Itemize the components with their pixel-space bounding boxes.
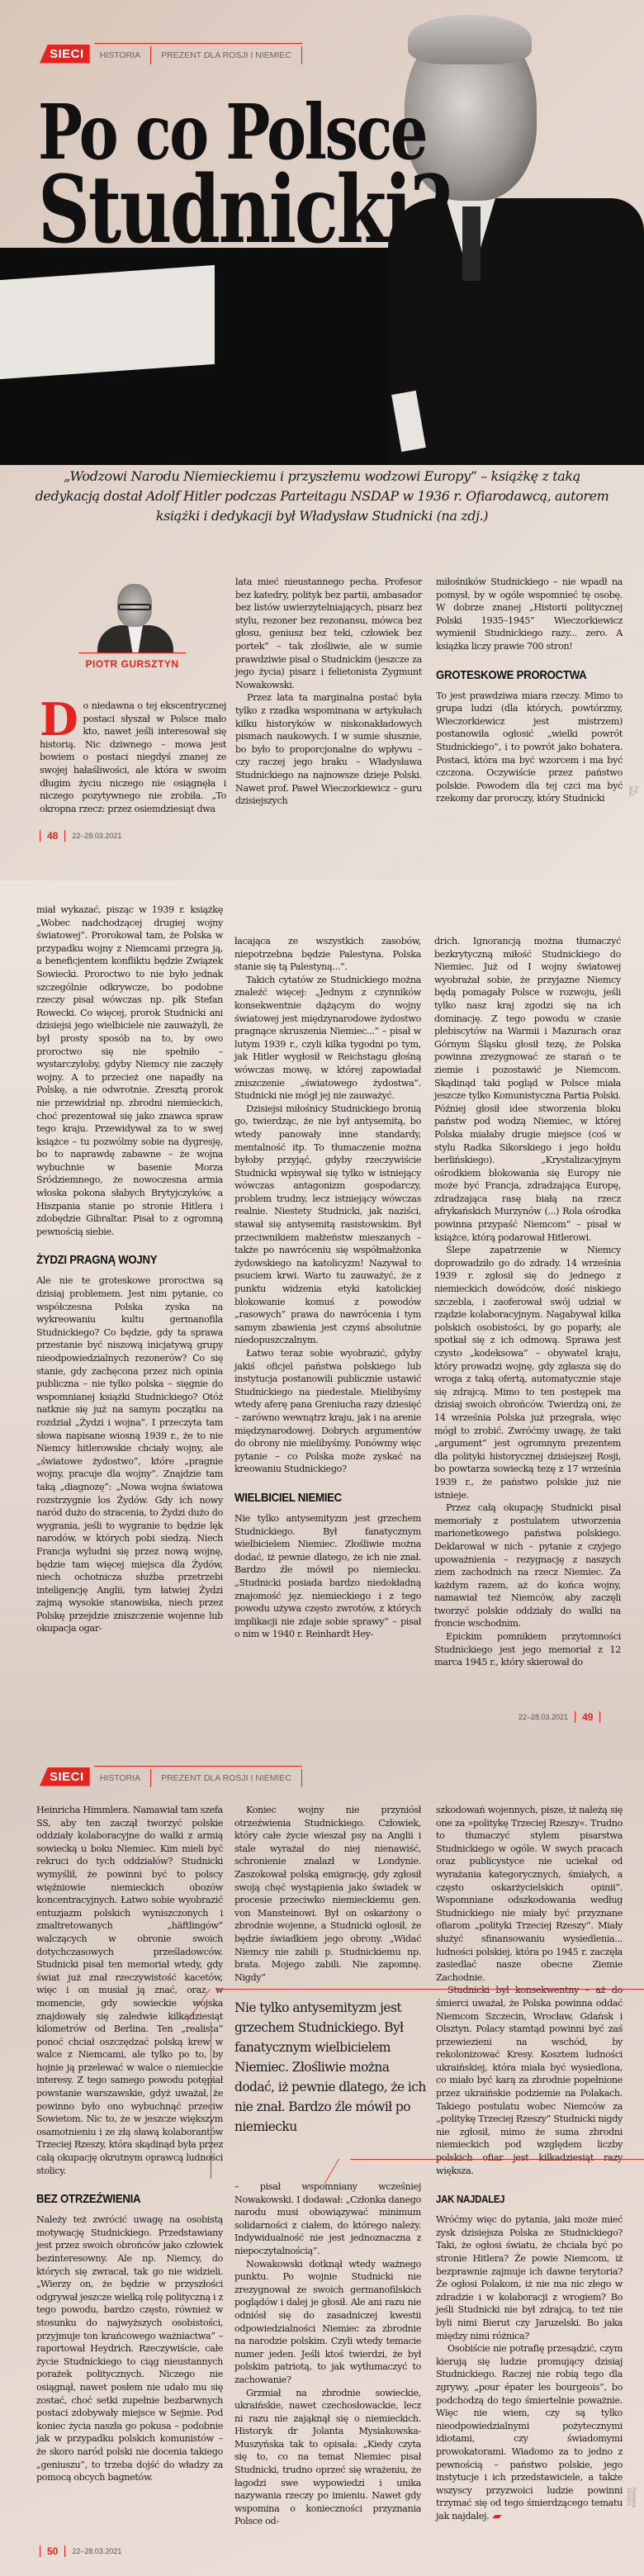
pull-quote-left-rule: [211, 2022, 211, 2179]
folio-bar: [575, 1711, 575, 1723]
page-folio: 48 22–28.03.2021: [40, 830, 121, 842]
breadcrumb-subsection: PREZENT DLA ROSJI I NIEMIEC: [151, 46, 302, 64]
folio-bar: [64, 830, 65, 842]
paragraph: – pisał wspomniany wcześniej Nowakowski.…: [234, 2180, 421, 2258]
paragraph: Przez lata ta marginalna postać była tyl…: [235, 691, 422, 807]
paragraph: Koniec wojny nie przyniósł otrzeźwienia …: [234, 1804, 421, 1984]
paragraph: miał wykazać, pisząc w 1939 r. książkę „…: [36, 904, 223, 1238]
paragraph: To jest prawdziwa miara rzeczy. Mimo to …: [436, 690, 623, 805]
drop-cap: D: [40, 701, 78, 738]
paragraph: Nie tylko antysemityzm jest grzechem Stu…: [234, 1512, 421, 1641]
photo-credit: Fot. NAC: [627, 786, 637, 797]
article-title: Po co Polsce Studnicki?: [38, 97, 450, 253]
p48-column-1: D o niedawna o tej ekscentrycznej postac…: [40, 700, 226, 815]
p49-column-1: miał wykazać, pisząc w 1939 r. książkę „…: [36, 904, 223, 1635]
author-name: PIOTR GURSZTYN: [78, 658, 186, 670]
page-50: SIECI HISTORIA PREZENT DLA ROSJI I NIEMI…: [0, 1761, 644, 2576]
author-rule: [78, 652, 186, 653]
pull-quote: Nie tylko antysemityzm jest grzechem Stu…: [234, 1998, 429, 2137]
paragraph: Dzisiejsi miłośnicy Studnickiego bronią …: [234, 1103, 421, 1347]
brand-logo: SIECI: [40, 45, 90, 64]
pull-quote-bottom-rule: [350, 2159, 644, 2160]
subheading: JAK NAJDALEJ: [436, 2192, 600, 2207]
folio-bar: [40, 830, 40, 842]
breadcrumb-section: HISTORIA: [90, 1769, 151, 1787]
section-header: SIECI HISTORIA PREZENT DLA ROSJI I NIEMI…: [40, 43, 302, 64]
paragraph: Grzmiał na zbrodnie sowieckie, ukraiński…: [234, 2387, 421, 2529]
paragraph: drich. Ignorancją można tłumaczyć bezkry…: [434, 935, 621, 1244]
page-number: 48: [47, 830, 58, 842]
paragraph: Należy też zwrócić uwagę na osobistą mot…: [36, 2213, 223, 2483]
paragraph: miłośników Studnickiego – nie wpadł na p…: [436, 576, 623, 653]
page-folio: 22–28.03.2021 49: [519, 1711, 600, 1723]
photo-portrait-hair: [408, 15, 532, 64]
page-49: miał wykazać, pisząc w 1939 r. książkę „…: [0, 880, 644, 1761]
paragraph: Przez całą okupację Studnicki pisał memo…: [434, 1501, 621, 1630]
p50-column-3: szkodowań wojennych, pisze, iż należą si…: [436, 1804, 623, 2522]
paragraph: Wróćmy więc do pytania, jaki może mieć z…: [436, 2213, 623, 2342]
paragraph: Ale nie te groteskowe proroctwa są dzisi…: [36, 1274, 223, 1635]
end-mark-icon: [493, 2515, 502, 2518]
glasses-icon: [118, 604, 151, 610]
p49-column-2: łacająca ze wszystkich zasobów, niepotrz…: [234, 935, 421, 1641]
photo-paper-detail: [0, 265, 215, 379]
paragraph-text: Osobiście nie potrafię przesądzić, czym …: [436, 2343, 623, 2521]
paragraph: łacająca ze wszystkich zasobów, niepotrz…: [234, 935, 421, 974]
paragraph: Takich cytatów ze Studnickiego można zna…: [234, 974, 421, 1103]
subheading: WIELBICIEL NIEMIEC: [234, 1491, 399, 1506]
paragraph: Epickim pomnikiem przytomności Studnicki…: [434, 1630, 621, 1669]
folio-bar: [40, 2545, 40, 2557]
header-rule: [94, 43, 302, 44]
brand-logo: SIECI: [40, 1767, 90, 1786]
issue-date: 22–28.03.2021: [519, 1713, 568, 1721]
page-48: SIECI HISTORIA PREZENT DLA ROSJI I NIEMI…: [0, 0, 644, 880]
side-credit: Reklama 22/2021: [626, 2488, 636, 2507]
pull-quote-top-rule: [216, 1989, 644, 1990]
folio-bar: [64, 2545, 65, 2557]
breadcrumb-subsection: PREZENT DLA ROSJI I NIEMIEC: [151, 1769, 302, 1787]
title-line-2: Studnicki?: [38, 168, 450, 253]
author-block: PIOTR GURSZTYN: [78, 582, 186, 670]
paragraph: Heinricha Himmlera. Namawiał tam szefa S…: [36, 1804, 223, 2177]
paragraph: szkodowań wojennych, pisze, iż należą si…: [436, 1804, 623, 1984]
article-lead: „Wodzowi Narodu Niemieckiemu i przyszłem…: [33, 467, 611, 526]
page-number: 50: [47, 2545, 58, 2557]
subheading: ŻYDZI PRAGNĄ WOJNY: [36, 1253, 201, 1268]
p50-column-2-top: Koniec wojny nie przyniósł otrzeźwienia …: [234, 1804, 421, 1984]
paragraph: Ślepe zapatrzenie w Niemcy doprowadziło …: [434, 1244, 621, 1501]
issue-date: 22–28.03.2021: [72, 2547, 121, 2555]
paragraph: Studnicki był konsekwentny – aż do śmier…: [436, 1984, 623, 2177]
paragraph: lata mieć nieustannego pecha. Profesor b…: [235, 576, 422, 691]
page-folio: 50 22–28.03.2021: [40, 2545, 121, 2557]
paragraph: Łatwo teraz sobie wyobrazić, gdyby jakiś…: [234, 1347, 421, 1476]
photo-tie: [462, 206, 481, 281]
paragraph: Nowakowski dotknął wtedy ważnego punktu.…: [234, 2258, 421, 2387]
issue-date: 22–28.03.2021: [72, 832, 121, 840]
breadcrumb-section: HISTORIA: [90, 46, 151, 64]
p49-column-3: drich. Ignorancją można tłumaczyć bezkry…: [434, 935, 621, 1669]
paragraph: Osobiście nie potrafię przesądzić, czym …: [436, 2342, 623, 2522]
subheading: GROTESKOWE PROROCTWA: [436, 668, 600, 683]
folio-bar: [599, 1711, 600, 1723]
page-number: 49: [582, 1711, 593, 1723]
header-rule: [94, 1766, 302, 1767]
p48-column-3: miłośników Studnickiego – nie wpadł na p…: [436, 576, 623, 805]
p50-column-2-bottom: – pisał wspomniany wcześniej Nowakowski.…: [234, 2180, 421, 2528]
p50-column-1: Heinricha Himmlera. Namawiał tam szefa S…: [36, 1804, 223, 2484]
author-avatar: [91, 582, 173, 652]
subheading: BEZ OTRZEŹWIENIA: [36, 2192, 201, 2207]
section-header: SIECI HISTORIA PREZENT DLA ROSJI I NIEMI…: [40, 1766, 302, 1787]
p48-column-2: lata mieć nieustannego pecha. Profesor b…: [235, 576, 422, 808]
